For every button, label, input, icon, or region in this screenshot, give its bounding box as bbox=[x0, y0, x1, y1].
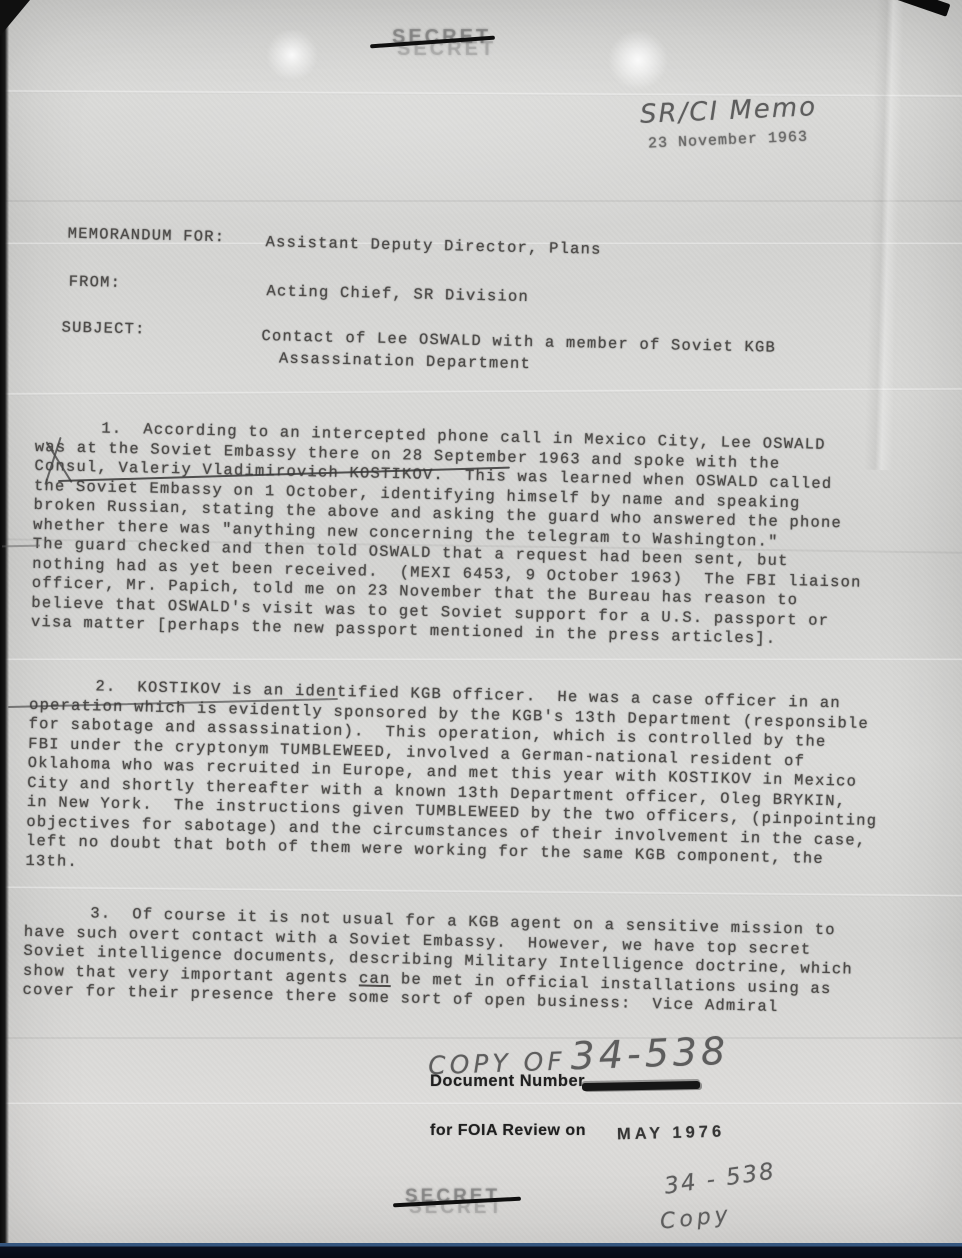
foia-review-stamp: for FOIA Review on bbox=[430, 1122, 586, 1140]
handwritten-copy-bottom: Copy bbox=[659, 1202, 733, 1234]
paper-crease bbox=[0, 89, 962, 97]
paragraph-2: 2. KOSTIKOV is an identified KGB officer… bbox=[25, 676, 913, 891]
paper-crease bbox=[0, 1102, 962, 1105]
handwritten-srci-memo-note: SR/CI Memo bbox=[639, 92, 817, 130]
handwritten-number-bottom: 34 - 538 bbox=[663, 1158, 778, 1199]
paragraph-3: 3. Of course it is not usual for a KGB a… bbox=[22, 903, 908, 1021]
paragraph-1: 1. According to an intercepted phone cal… bbox=[31, 418, 920, 653]
subject-label: SUBJECT: bbox=[61, 319, 145, 339]
memorandum-for-label: MEMORANDUM FOR: bbox=[68, 225, 226, 247]
memo-body: MEMORANDUM FOR: Assistant Deputy Directo… bbox=[22, 222, 924, 1052]
subject-value-line2: Assassination Department bbox=[279, 349, 531, 373]
foia-review-date-stamp: MAY 1976 bbox=[617, 1123, 726, 1145]
document-number-blank-line bbox=[582, 1081, 700, 1091]
from-value: Acting Chief, SR Division bbox=[266, 282, 529, 306]
photo-edge-left bbox=[0, 0, 9, 1258]
photo-edge-bottom bbox=[0, 1243, 962, 1258]
photo-corner-top-left bbox=[0, 0, 30, 36]
memo-date: 23 November 1963 bbox=[648, 129, 809, 153]
document-number-stamp: Document Number bbox=[430, 1072, 585, 1091]
scanned-memo-photo: SECRET SECRET SR/CI Memo 23 November 196… bbox=[0, 0, 962, 1258]
from-label: FROM: bbox=[68, 273, 121, 292]
paper-crease bbox=[0, 200, 962, 202]
handwritten-doc-number-large: 34-538 bbox=[570, 1029, 730, 1079]
memorandum-for-value: Assistant Deputy Director, Plans bbox=[265, 233, 601, 259]
